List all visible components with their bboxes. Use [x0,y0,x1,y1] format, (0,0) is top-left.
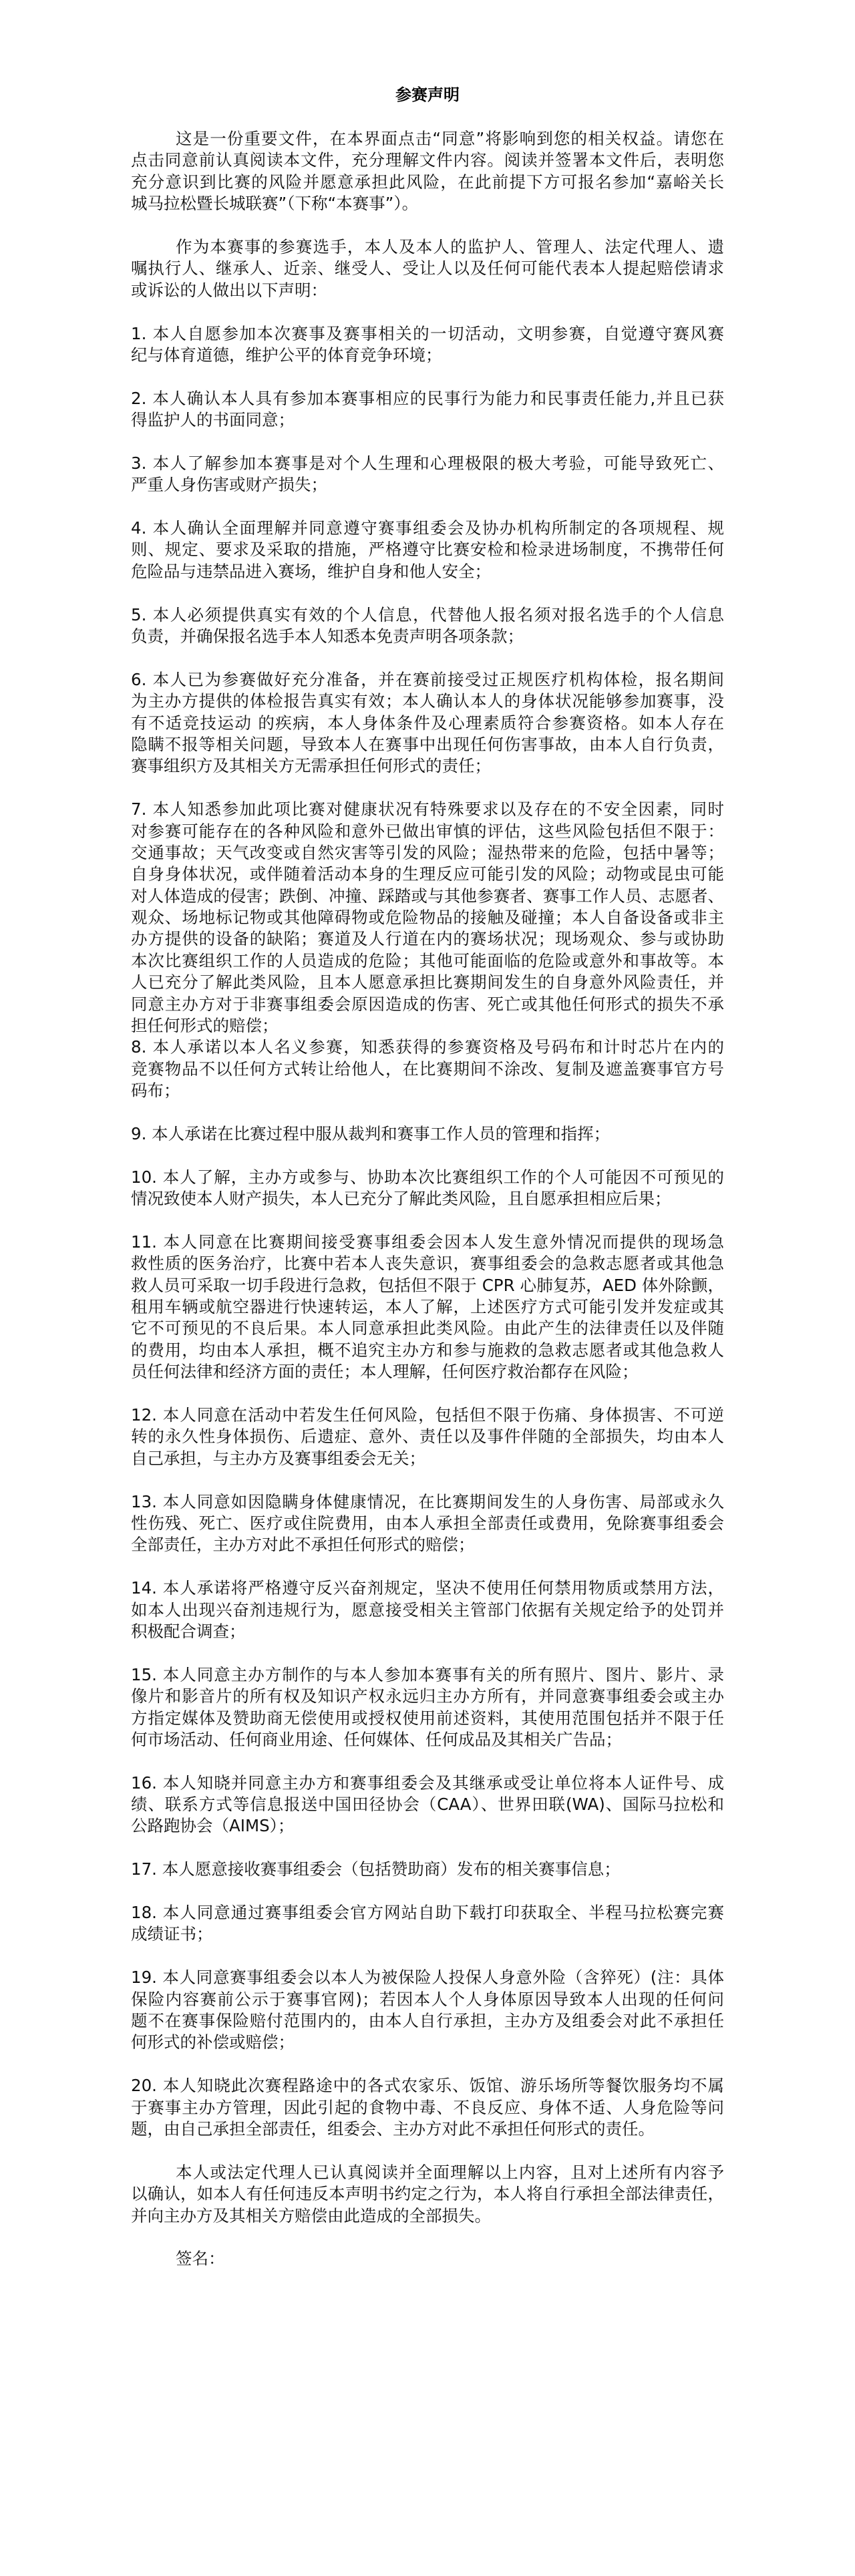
text-line: 嘱执行人、继承人、近亲、继受人、受让人以及任何可能代表本人提起赔偿请求 [131,258,724,279]
declaration-preamble: 作为本赛事的参赛选手，本人及本人的监护人、管理人、法定代理人、遗 嘱执行人、继承… [131,236,724,301]
text-line: 充分意识到比赛的风险并愿意承担此风险，在此前提下方可报名参加“嘉峪关长 [131,172,724,193]
clause-1: 1. 本人自愿参加本次赛事及赛事相关的一切活动，文明参赛，自觉遵守赛风赛 纪与体… [131,323,724,367]
signature-block: 签名： [131,2248,724,2269]
text-line: 担任何形式的赔偿； [131,1015,724,1037]
text-line: 13. 本人同意如因隐瞒身体健康情况，在比赛期间发生的人身伤害、局部或永久 [131,1491,724,1513]
text-line: 或诉讼的人做出以下声明： [131,280,724,301]
text-line: 纪与体育道德，维护公平的体育竞争环境； [131,345,724,366]
clause-2: 2. 本人确认本人具有参加本赛事相应的民事行为能力和民事责任能力,并且已获 得监… [131,388,724,431]
text-line: 员任何法律和经济方面的责任；本人理解，任何医疗救治都存在风险； [131,1361,724,1383]
text-line: 有不适竞技运动 的疾病，本人身体条件及心理素质符合参赛资格。如本人存在 [131,713,724,734]
clause-10: 10. 本人了解，主办方或参与、协助本次比赛组织工作的个人可能因不可预见的 情况… [131,1167,724,1210]
text-line: 12. 本人同意在活动中若发生任何风险，包括但不限于伤痛、身体损害、不可逆 [131,1405,724,1426]
text-line: 租用车辆或航空器进行快速转运，本人了解，上述医疗方式可能引发并发症或其 [131,1296,724,1318]
clause-20: 20. 本人知晓此次赛程路途中的各式农家乐、饭馆、游乐场所等餐饮服务均不属 于赛… [131,2075,724,2140]
text-line: 竞赛物品不以任何方式转让给他人，在比赛期间不涂改、复制及遮盖赛事官方号 [131,1059,724,1080]
text-line: 14. 本人承诺将严格遵守反兴奋剂规定，坚决不使用任何禁用物质或禁用方法， [131,1578,724,1599]
clause-14: 14. 本人承诺将严格遵守反兴奋剂规定，坚决不使用任何禁用物质或禁用方法， 如本… [131,1578,724,1642]
document-body: 这是一份重要文件，在本界面点击“同意”将影响到您的相关权益。请您在 点击同意前认… [131,128,724,2270]
text-line: 11. 本人同意在比赛期间接受赛事组委会因本人发生意外情况而提供的现场急 [131,1232,724,1253]
text-line: 方指定媒体及赞助商无偿使用或授权使用前述资料，其使用范围包括并不限于任 [131,1708,724,1729]
clause-7: 7. 本人知悉参加此项比赛对健康状况有特殊要求以及存在的不安全因素，同时 对参赛… [131,799,724,1037]
text-line: 积极配合调查； [131,1621,724,1642]
text-line: 赛事组织方及其相关方无需承担任何形式的责任； [131,755,724,777]
clause-19: 19. 本人同意赛事组委会以本人为被保险人投保人身意外险（含猝死）(注：具体 保… [131,1967,724,2054]
text-line: 像片和影音片的所有权及知识产权永远归主办方所有，并同意赛事组委会或主办 [131,1686,724,1707]
text-line: 自身身体状况，或伴随着活动本身的生理反应可能引发的风险；动物或昆虫可能 [131,864,724,885]
text-line: 转的永久性身体损伤、后遗症、意外、责任以及事件伴随的全部损失，均由本人 [131,1426,724,1447]
text-line: 保险内容赛前公示于赛事官网)；若因本人个人身体原因导致本人出现的任何问 [131,1989,724,2010]
clause-6: 6. 本人已为参赛做好充分准备，并在赛前接受过正规医疗机构体检，报名期间 为主办… [131,669,724,777]
waiver-document: 参赛声明 这是一份重要文件，在本界面点击“同意”将影响到您的相关权益。请您在 点… [131,81,724,2270]
text-line: 救人员可采取一切手段进行急救，包括但不限于 CPR 心肺复苏，AED 体外除颤， [131,1275,724,1296]
text-line: 危险品与违禁品进入赛场，维护自身和他人安全； [131,561,724,582]
text-line: 何形式的补偿或赔偿； [131,2032,724,2053]
clause-4: 4. 本人确认全面理解并同意遵守赛事组委会及协办机构所制定的各项规程、规 则、规… [131,518,724,582]
clause-11: 11. 本人同意在比赛期间接受赛事组委会因本人发生意外情况而提供的现场急 救性质… [131,1232,724,1383]
text-line: 公路跑协会（AIMS）； [131,1815,724,1837]
text-line: 它不可预见的不良后果。本人同意承担此类风险。由此产生的法律责任以及伴随 [131,1318,724,1339]
text-line: 6. 本人已为参赛做好充分准备，并在赛前接受过正规医疗机构体检，报名期间 [131,669,724,691]
signature-label: 签名： [131,2248,724,2269]
text-line: 自己承担，与主办方及赛事组委会无关； [131,1448,724,1469]
text-line: 1. 本人自愿参加本次赛事及赛事相关的一切活动，文明参赛，自觉遵守赛风赛 [131,323,724,345]
text-line: 7. 本人知悉参加此项比赛对健康状况有特殊要求以及存在的不安全因素，同时 [131,799,724,820]
text-line: 本人或法定代理人已认真阅读并全面理解以上内容，且对上述所有内容予 [131,2162,724,2183]
text-line: 4. 本人确认全面理解并同意遵守赛事组委会及协办机构所制定的各项规程、规 [131,518,724,539]
text-line: 点击同意前认真阅读本文件，充分理解文件内容。阅读并签署本文件后，表明您 [131,150,724,171]
text-line: 19. 本人同意赛事组委会以本人为被保险人投保人身意外险（含猝死）(注：具体 [131,1967,724,1988]
text-line: 成绩证书； [131,1923,724,1945]
text-line: 15. 本人同意主办方制作的与本人参加本赛事有关的所有照片、图片、影片、录 [131,1664,724,1686]
text-line: 的费用，均由本人承担，概不追究主办方和参与施救的急救志愿者或其他急救人 [131,1340,724,1361]
text-line: 则、规定、要求及采取的措施，严格遵守比赛安检和检录进场制度，不携带任何 [131,539,724,560]
clause-9: 9. 本人承诺在比赛过程中服从裁判和赛事工作人员的管理和指挥； [131,1123,724,1145]
text-line: 隐瞒不报等相关问题，导致本人在赛事中出现任何伤害事故，由本人自行负责， [131,734,724,755]
text-line: 作为本赛事的参赛选手，本人及本人的监护人、管理人、法定代理人、遗 [131,236,724,258]
text-line: 17. 本人愿意接收赛事组委会（包括赞助商）发布的相关赛事信息； [131,1859,724,1880]
text-line: 2. 本人确认本人具有参加本赛事相应的民事行为能力和民事责任能力,并且已获 [131,388,724,409]
text-line: 城马拉松暨长城联赛”（下称“本赛事”）。 [131,193,724,214]
text-line: 并向主办方及其相关方赔偿由此造成的全部损失。 [131,2205,724,2227]
clause-17: 17. 本人愿意接收赛事组委会（包括赞助商）发布的相关赛事信息； [131,1859,724,1880]
text-line: 同意主办方对于非赛事组委会原因造成的伤害、死亡或其他任何形式的损失不承 [131,994,724,1015]
text-line: 本次比赛组织工作的人员造成的危险；其他可能面临的危险或意外和事故等。本 [131,950,724,972]
clause-16: 16. 本人知晓并同意主办方和赛事组委会及其继承或受让单位将本人证件号、成 绩、… [131,1773,724,1837]
clause-13: 13. 本人同意如因隐瞒身体健康情况，在比赛期间发生的人身伤害、局部或永久 性伤… [131,1491,724,1556]
text-line: 绩、联系方式等信息报送中国田径协会（CAA）、世界田联(WA)、国际马拉松和 [131,1794,724,1815]
text-line: 何市场活动、任何商业用途、任何媒体、任何成品及其相关广告品； [131,1729,724,1751]
text-line: 10. 本人了解，主办方或参与、协助本次比赛组织工作的个人可能因不可预见的 [131,1167,724,1188]
clause-8: 8. 本人承诺以本人名义参赛，知悉获得的参赛资格及号码布和计时芯片在内的 竞赛物… [131,1037,724,1101]
text-line: 人已充分了解此类风险，且本人愿意承担比赛期间发生的自身意外风险责任，并 [131,972,724,993]
text-line: 于赛事主办方管理，因此引起的食物中毒、不良反应、身体不适、人身危险等问 [131,2097,724,2119]
text-line: 如本人出现兴奋剂违规行为，愿意接受相关主管部门依据有关规定给予的处罚并 [131,1600,724,1621]
text-line: 题，由自己承担全部责任，组委会、主办方对此不承担任何形式的责任。 [131,2119,724,2140]
text-line: 以确认，如本人有任何违反本声明书约定之行为，本人将自行承担全部法律责任， [131,2183,724,2205]
text-line: 3. 本人了解参加本赛事是对个人生理和心理极限的极大考验，可能导致死亡、 [131,453,724,474]
text-line: 20. 本人知晓此次赛程路途中的各式农家乐、饭馆、游乐场所等餐饮服务均不属 [131,2075,724,2096]
text-line: 观众、场地标记物或其他障碍物或危险物品的接触及碰撞；本人自备设备或非主 [131,907,724,928]
text-line: 得监护人的书面同意； [131,409,724,431]
text-line: 全部责任，主办方对此不承担任何形式的赔偿； [131,1534,724,1555]
text-line: 负责，并确保报名选手本人知悉本免责声明各项条款； [131,626,724,647]
text-line: 交通事故；天气改变或自然灾害等引发的风险；湿热带来的危险，包括中暑等； [131,842,724,864]
text-line: 为主办方提供的体检报告真实有效；本人确认本人的身体状况能够参加赛事，没 [131,691,724,712]
intro-paragraph: 这是一份重要文件，在本界面点击“同意”将影响到您的相关权益。请您在 点击同意前认… [131,128,724,215]
text-line: 16. 本人知晓并同意主办方和赛事组委会及其继承或受让单位将本人证件号、成 [131,1773,724,1794]
clause-12: 12. 本人同意在活动中若发生任何风险，包括但不限于伤痛、身体损害、不可逆 转的… [131,1405,724,1469]
clause-18: 18. 本人同意通过赛事组委会官方网站自助下载打印获取全、半程马拉松赛完赛 成绩… [131,1902,724,1946]
text-line: 码布； [131,1080,724,1101]
text-line: 救性质的医务治疗，比赛中若本人丧失意识，赛事组委会的急救志愿者或其他急 [131,1253,724,1274]
text-line: 8. 本人承诺以本人名义参赛，知悉获得的参赛资格及号码布和计时芯片在内的 [131,1037,724,1058]
document-title: 参赛声明 [131,81,724,108]
text-line: 题不在赛事保险赔付范围内的，由本人自行承担，主办方及组委会对此不承担任 [131,2010,724,2032]
text-line: 这是一份重要文件，在本界面点击“同意”将影响到您的相关权益。请您在 [131,128,724,150]
text-line: 办方提供的设备的缺陷；赛道及人行道在内的赛场状况；现场观众、参与或协助 [131,928,724,950]
text-line: 严重人身伤害或财产损失； [131,474,724,496]
clause-15: 15. 本人同意主办方制作的与本人参加本赛事有关的所有照片、图片、影片、录 像片… [131,1664,724,1751]
text-line: 对人体造成的侵害；跌倒、冲撞、踩踏或与其他参赛者、赛事工作人员、志愿者、 [131,886,724,907]
closing-paragraph: 本人或法定代理人已认真阅读并全面理解以上内容，且对上述所有内容予 以确认，如本人… [131,2162,724,2227]
text-line: 5. 本人必须提供真实有效的个人信息，代替他人报名须对报名选手的个人信息 [131,604,724,626]
text-line: 18. 本人同意通过赛事组委会官方网站自助下载打印获取全、半程马拉松赛完赛 [131,1902,724,1923]
text-line: 性伤残、死亡、医疗或住院费用，由本人承担全部责任或费用，免除赛事组委会 [131,1513,724,1534]
text-line: 9. 本人承诺在比赛过程中服从裁判和赛事工作人员的管理和指挥； [131,1123,724,1145]
clause-3: 3. 本人了解参加本赛事是对个人生理和心理极限的极大考验，可能导致死亡、 严重人… [131,453,724,496]
text-line: 情况致使本人财产损失，本人已充分了解此类风险，且自愿承担相应后果； [131,1188,724,1210]
text-line: 对参赛可能存在的各种风险和意外已做出审慎的评估，这些风险包括但不限于： [131,821,724,842]
clause-5: 5. 本人必须提供真实有效的个人信息，代替他人报名须对报名选手的个人信息 负责，… [131,604,724,648]
